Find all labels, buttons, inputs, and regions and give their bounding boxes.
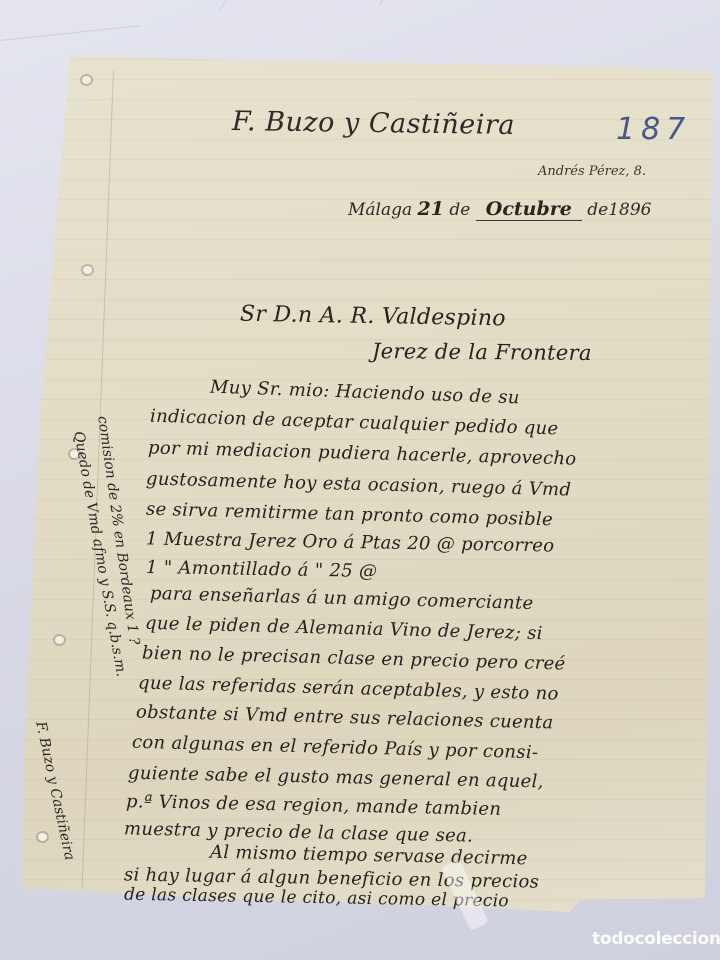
date-month: Octubre <box>476 198 582 221</box>
date-de: de <box>449 200 470 220</box>
background-scratch <box>220 0 251 11</box>
date-day: 21 <box>418 198 444 220</box>
folio-number: 187 <box>616 112 691 147</box>
letterhead-address: Andrés Pérez, 8. <box>538 164 646 179</box>
recipient-city: Jerez de la Frontera <box>372 339 592 365</box>
recipient-name: Sr D.n A. R. Valdespino <box>240 302 506 332</box>
background-scratch <box>380 0 398 6</box>
punch-hole <box>83 266 92 274</box>
date-city: Málaga <box>348 200 412 220</box>
date-year: 1896 <box>608 200 651 220</box>
watermark-logo: todocoleccion <box>592 929 720 949</box>
background-scratch <box>0 25 139 41</box>
body-line: 1 " Amontillado á " 25 @ <box>146 557 378 582</box>
date-de: de <box>587 200 608 220</box>
punch-hole <box>82 76 91 84</box>
punch-hole <box>38 833 47 841</box>
dateline: Málaga 21 de Octubre de1896 <box>348 198 651 220</box>
letterhead-firm-name: F. Buzo y Castiñeira <box>232 106 515 141</box>
punch-hole <box>55 636 64 644</box>
